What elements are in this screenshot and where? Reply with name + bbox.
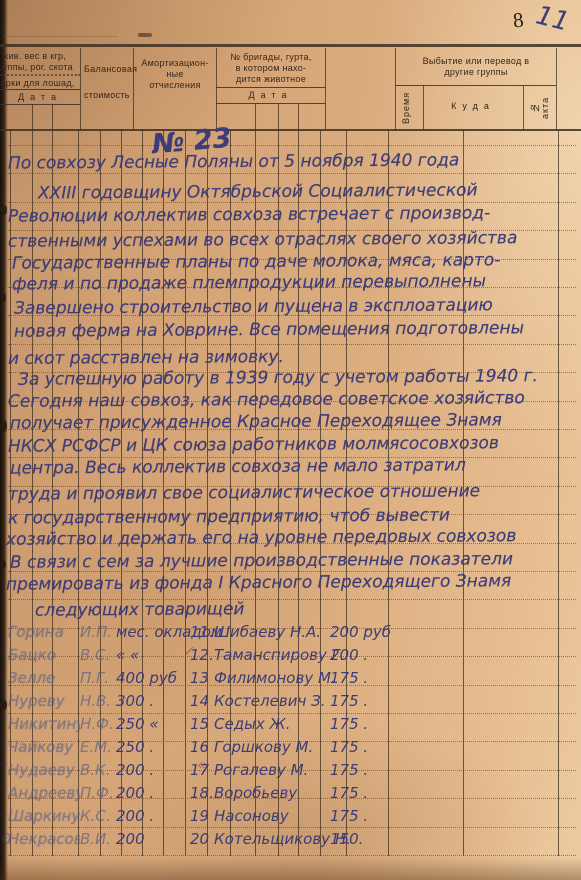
handwritten-line: XXIII годовщину Октябрьской Социалистиче… [38,180,478,203]
red-pencil-mark: « [198,756,206,772]
ink-smudge [138,33,152,37]
col-brigade-date-bottomline [216,103,325,104]
col-balance-label-2: стоимость [84,90,132,101]
grid-vertical-line [556,48,557,130]
handwritten-line: Сегодня наш совхоз, как передовое советс… [8,388,525,412]
premium-name: Таманспирову Г. [214,646,345,664]
premium-amount: 175 . [330,738,368,756]
handwritten-line: В связи с сем за лучшие производственные… [10,549,513,573]
premium-row-number: 19 [190,807,209,825]
premium-list-row: 19Насонову175 . [0,807,400,830]
premium-name: Костелевич З. [214,692,325,710]
premium-row-number: 16 [190,738,209,756]
printed-page-number: 8 [512,8,525,34]
grid-vertical-line [80,48,81,130]
premium-amount: 175 . [330,807,368,825]
col-transfer-label: Выбытие или перевод в другие группы [397,56,555,78]
handwritten-line: Революции коллектив совхоза встречает с … [8,203,490,226]
premium-amount: 200 руб [330,623,391,641]
col-weight-label-3: марки для лошад, [0,78,82,89]
col-amortization-label: Амортизацион- ные отчисления [135,58,215,91]
col-transfer-act-label: № акта [530,90,550,126]
premium-amount: 175 . [330,715,368,733]
premium-list-row: 20Котельщикову Н.150. [0,830,400,853]
handwritten-line: труда и проявил свое социалистическое от… [8,481,480,504]
premium-list-row: 15Седых Ж.175 . [0,715,400,738]
grid-ruling-line [8,173,576,174]
premium-name: Воробьеву [214,784,297,802]
premium-list-row: 11.Шибаеву Н.А.200 руб [0,623,400,646]
premium-list-row: 12.Таманспирову Г.200 . [0,646,400,669]
binding-mark [0,205,7,215]
handwritten-line: Завершено строительство и пущена в экспл… [14,295,493,318]
premium-amount: 175 . [330,692,368,710]
header-top-rule [0,44,581,47]
handwritten-line: НКСХ РСФСР и ЦК союза работников молмясо… [8,433,499,456]
grid-vertical-line [325,48,326,130]
binding-mark [0,293,6,302]
top-dotted-line [4,36,116,37]
grid-ruling-line [8,344,576,345]
grid-vertical-line [133,48,134,130]
premium-amount: 175 . [330,784,368,802]
premium-name: Горшкову М. [214,738,313,756]
col-weight-date-bottomline [0,104,80,105]
premium-amount: 150. [330,830,363,848]
premium-row-number: 11. [190,623,214,641]
premium-amount: 200 . [330,646,368,664]
col-transfer-subline [395,85,556,86]
col-brigade-date-label: Дата [216,90,325,101]
page-numbers: 8 11 [513,4,569,34]
handwritten-line: За успешную работу в 1939 году с учетом … [18,366,538,390]
col-balance-label-1: Балансовая [84,64,132,75]
handwritten-line: феля и по продаже племпродукции перевыпо… [12,271,486,294]
col-transfer-where-label: Куда [423,101,523,112]
grid-ruling-line [8,855,576,856]
grid-vertical-line [298,104,299,130]
handwritten-line: хозяйство и держать его на уровне передо… [6,526,516,550]
premium-list-row: 18.Воробьеву175 . [0,784,400,807]
grid-vertical-line [423,85,424,130]
handwritten-line: следующих товарищей [35,599,245,620]
page-bottom-shadow [0,858,581,880]
premium-row-number: 20 [190,830,209,848]
col-weight-divider [0,74,80,76]
handwritten-line: премировать из фонда I Красного Переходя… [6,571,511,595]
grid-vertical-line [558,130,559,856]
grid-vertical-line [216,48,217,130]
binding-mark [0,420,7,432]
premium-name: Филимонову М. [214,669,336,687]
handwritten-line: получает присужденное Красное Переходяще… [10,410,502,433]
premium-name: Шибаеву Н.А. [214,623,321,641]
handwritten-line: Государственные планы по даче молока, мя… [12,250,500,273]
premium-row-number: 14 [190,692,209,710]
col-weight-label-2: группы, рог. скота [0,62,82,73]
premium-name: Седых Ж. [214,715,291,733]
grid-vertical-line [523,85,524,130]
col-brigade-date-topline [216,87,325,88]
premium-name: Рогалеву М. [214,761,308,779]
grid-vertical-line [32,104,33,130]
header-bottom-rule [0,129,581,131]
col-brigade-label: № бригады, гурта, в котором нахо- дится … [218,52,324,85]
grid-vertical-line [52,104,53,130]
handwritten-line: По совхозу Лесные Поляны от 5 ноября 194… [8,150,459,173]
binding-mark [0,560,6,569]
handwritten-line: новая ферма на Ховрине. Все помещения по… [14,318,524,342]
grid-vertical-line [278,104,279,130]
red-check-mark: ✓ [182,643,194,660]
premium-amount: 175 . [330,761,368,779]
handwritten-line: центра. Весь коллектив совхоза не мало з… [10,455,466,478]
grid-vertical-line [395,48,396,130]
col-weight-label-1: и жив. вес в кгр, [0,51,82,62]
col-transfer-time-label: Время [401,90,411,126]
binding-mark [0,700,7,710]
premium-row-number: 18. [190,784,214,802]
premium-row-number: 15 [190,715,209,733]
premium-name: Насонову [214,807,289,825]
handwritten-line: к государственному предприятию, чтоб выв… [8,505,450,528]
col-weight-date-label: Дата [0,92,80,103]
premium-list-row: 14Костелевич З.175 . [0,692,400,715]
ledger-page: 8 11 и жив. вес в кгр, группы, рог. скот… [0,0,581,880]
col-weight-date-topline [0,89,80,90]
grid-ruling-line [8,145,576,146]
handwritten-line: ственными успехами во всех отраслях свое… [8,228,517,252]
premium-amount: 175 . [330,669,368,687]
handwritten-page-number: 11 [533,0,572,37]
premium-row-number: 13 [190,669,209,687]
premium-list-row: 13Филимонову М.175 . [0,669,400,692]
grid-vertical-line [255,104,256,130]
handwritten-line: и скот расставлен на зимовку. [8,347,284,369]
